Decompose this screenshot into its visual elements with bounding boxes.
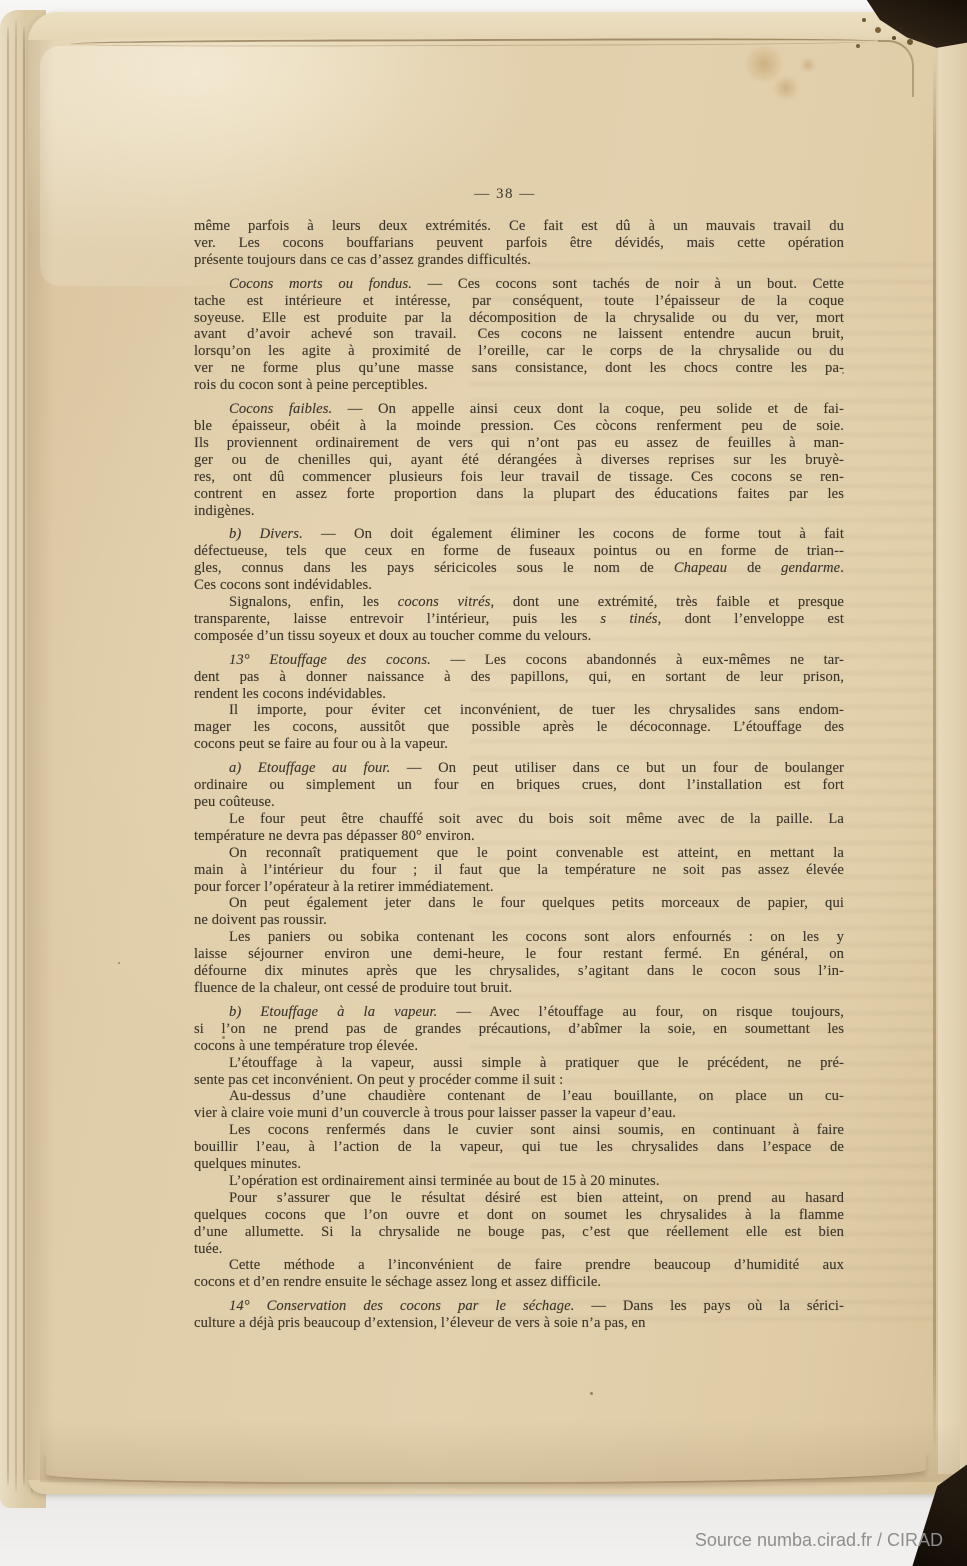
page-edge-line — [7, 26, 9, 1486]
text-line: Signalons, enfin, les cocons vitrés, don… — [194, 594, 844, 611]
text-line: Les cocons renfermés dans le cuvier sont… — [194, 1122, 844, 1139]
foxing-stain — [800, 58, 816, 72]
text-line: bouillir l’eau, à l’action de la vapeur,… — [194, 1139, 844, 1156]
paragraph: L’étouffage à la vapeur, aussi simple à … — [194, 1055, 844, 1089]
text-line: rois du cocon sont à peine perceptibles. — [194, 377, 844, 394]
text-line: Le four peut être chauffé soit avec du b… — [194, 811, 844, 828]
text-line: Cette méthode a l’inconvénient de faire … — [194, 1257, 844, 1274]
text-line: b) Etouffage à la vapeur. — Avec l’étouf… — [194, 1004, 844, 1021]
text-line: quelques cocons que l’on ouvre et dont o… — [194, 1207, 844, 1224]
text-line: peu coûteuse. — [194, 794, 844, 811]
paragraph: Signalons, enfin, les cocons vitrés, don… — [194, 594, 844, 645]
text-line: pour forcer l’opérateur à la retirer imm… — [194, 879, 844, 896]
text-line: ger ou de chenilles qui, ayant été déran… — [194, 452, 844, 469]
text-line: ver ne forme plus qu’une masse sans cons… — [194, 360, 844, 377]
text-line: Il importe, pour éviter cet inconvénient… — [194, 702, 844, 719]
foxing-stain — [772, 76, 800, 100]
text-line: ver. Les cocons bouffarians peuvent parf… — [194, 235, 844, 252]
text-line: tache est intérieure et intéresse, par c… — [194, 293, 844, 310]
text-line: si l’on ne prend pas de grandes précauti… — [194, 1021, 844, 1038]
bottom-page-edge — [46, 1452, 926, 1484]
text-line: cocons et d’en rendre ensuite le séchage… — [194, 1274, 844, 1291]
paragraph: b) Divers. — On doit également éliminer … — [194, 526, 844, 594]
text-line: Au-dessus d’une chaudière contenant de l… — [194, 1088, 844, 1105]
text-line: tuée. — [194, 1241, 844, 1258]
text-line: 14° Conservation des cocons par le sécha… — [194, 1298, 844, 1315]
text-line: b) Divers. — On doit également éliminer … — [194, 526, 844, 543]
paragraph: 14° Conservation des cocons par le sécha… — [194, 1298, 844, 1332]
text-line: mager les cocons, aussitôt que possible … — [194, 719, 844, 736]
page-edge-line — [23, 26, 25, 1486]
text-line: Cocons faibles. — On appelle ainsi ceux … — [194, 401, 844, 418]
text-line: On peut également jeter dans le four que… — [194, 895, 844, 912]
paragraph: On reconnaît pratiquement que le point c… — [194, 845, 844, 896]
text-line: On reconnaît pratiquement que le point c… — [194, 845, 844, 862]
page-top-flap — [28, 12, 967, 42]
source-attribution: Source numba.cirad.fr / CIRAD — [695, 1530, 943, 1551]
text-line: Les paniers ou sobika contenant les coco… — [194, 929, 844, 946]
text-line: L’opération est ordinairement ainsi term… — [194, 1173, 844, 1190]
paragraph: 13° Etouffage des cocons. — Les cocons a… — [194, 652, 844, 703]
text-line: Ces cocons sont indévidables. — [194, 577, 844, 594]
text-line: Ils proviennent ordinairement de vers qu… — [194, 435, 844, 452]
right-page-curl — [938, 34, 967, 1474]
text-line: composée d’un tissu soyeux et doux au to… — [194, 628, 844, 645]
paragraph: Cocons morts ou fondus. — Ces cocons son… — [194, 276, 844, 394]
page-edge-line — [15, 20, 17, 1492]
text-line: ne doivent pas roussir. — [194, 912, 844, 929]
text-line: d’une allumette. Si la chrysalide ne bou… — [194, 1224, 844, 1241]
text-line: température ne devra pas dépasser 80° en… — [194, 828, 844, 845]
ink-speck — [118, 962, 120, 964]
text-line: gles, connus dans les pays séricicoles s… — [194, 560, 844, 577]
text-line: ordinaire ou simplement un four en briqu… — [194, 777, 844, 794]
paragraph: Le four peut être chauffé soit avec du b… — [194, 811, 844, 845]
text-line: fluence de la chaleur, ont cessé de prod… — [194, 980, 844, 997]
paragraph: L’opération est ordinairement ainsi term… — [194, 1173, 844, 1190]
text-line: défourne dix minutes après que les chrys… — [194, 963, 844, 980]
paragraph: Cette méthode a l’inconvénient de faire … — [194, 1257, 844, 1291]
text-line: lorsqu’on les agite à proximité de l’ore… — [194, 343, 844, 360]
paragraph: Les paniers ou sobika contenant les coco… — [194, 929, 844, 997]
paragraph: Au-dessus d’une chaudière contenant de l… — [194, 1088, 844, 1122]
text-line: sente pas cet inconvénient. On peut y pr… — [194, 1072, 844, 1089]
text-line: cocons peut se faire au four ou à la vap… — [194, 736, 844, 753]
text-line: 13° Etouffage des cocons. — Les cocons a… — [194, 652, 844, 669]
text-line: culture a déjà pris beaucoup d’extension… — [194, 1315, 844, 1332]
text-line: cocons à une température trop élevée. — [194, 1038, 844, 1055]
paragraph: Cocons faibles. — On appelle ainsi ceux … — [194, 401, 844, 519]
text-line: avant d’avoir achevé son travail. Ces co… — [194, 326, 844, 343]
cover-debris — [862, 18, 866, 22]
ink-speck — [590, 1392, 593, 1395]
paragraph: b) Etouffage à la vapeur. — Avec l’étouf… — [194, 1004, 844, 1055]
left-gutter-shadow — [28, 40, 54, 1480]
text-line: Pour s’assurer que le résultat désiré es… — [194, 1190, 844, 1207]
text-line: transparente, laisse entrevoir l’intérie… — [194, 611, 844, 628]
text-line: contrent en assez forte proportion dans … — [194, 486, 844, 503]
text-line: dent pas à donner naissance à des papill… — [194, 669, 844, 686]
body-text: même parfois à leurs deux extrémités. Ce… — [194, 218, 844, 1332]
text-line: même parfois à leurs deux extrémités. Ce… — [194, 218, 844, 235]
paragraph: On peut également jeter dans le four que… — [194, 895, 844, 929]
text-line: Cocons morts ou fondus. — Ces cocons son… — [194, 276, 844, 293]
text-line: L’étouffage à la vapeur, aussi simple à … — [194, 1055, 844, 1072]
text-line: laisse séjourner environ une demi-heure,… — [194, 946, 844, 963]
paragraph: Les cocons renfermés dans le cuvier sont… — [194, 1122, 844, 1173]
text-line: soyeuse. Elle est produite par la décomp… — [194, 310, 844, 327]
text-line: défectueuse, tels que ceux en forme de f… — [194, 543, 844, 560]
paragraph: même parfois à leurs deux extrémités. Ce… — [194, 218, 844, 269]
paragraph: Il importe, pour éviter cet inconvénient… — [194, 702, 844, 753]
paragraph: Pour s’assurer que le résultat désiré es… — [194, 1190, 844, 1258]
text-line: ble épaisseur, obéit à la moinde pressio… — [194, 418, 844, 435]
text-line: a) Etouffage au four. — On peut utiliser… — [194, 760, 844, 777]
text-line: présente toujours dans ce cas d’assez gr… — [194, 252, 844, 269]
text-line: quelques minutes. — [194, 1156, 844, 1173]
text-line: res, ont dû commencer plusieurs fois leu… — [194, 469, 844, 486]
page-number: — 38 — — [194, 186, 816, 203]
text-line: rendent les cocons indévidables. — [194, 686, 844, 703]
text-line: vier à claire voie muni d’un couvercle à… — [194, 1105, 844, 1122]
text-line: main à l’intérieur du four ; il faut que… — [194, 862, 844, 879]
text-line: indigènes. — [194, 503, 844, 520]
paragraph: a) Etouffage au four. — On peut utiliser… — [194, 760, 844, 811]
